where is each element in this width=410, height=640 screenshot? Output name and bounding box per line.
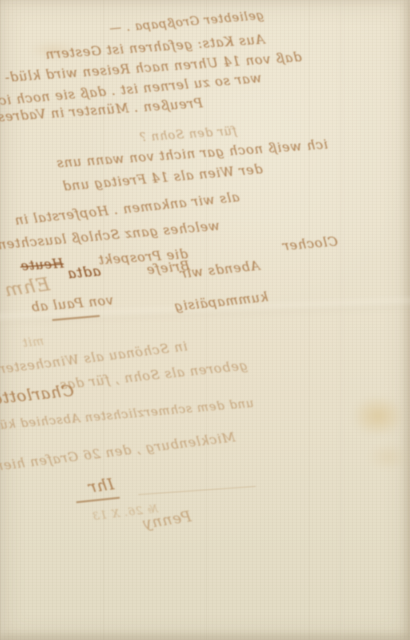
handwriting-line: mit [17,334,48,349]
handwriting-line: ich weiß noch gar nicht von wann uns [42,138,342,172]
handwriting-line: Abends wir [197,260,260,279]
handwriting-line: Penny [137,509,197,533]
handwriting-line: die Prospekt [108,248,189,267]
handwriting-line: Charlotte [11,383,74,405]
paper-stain [368,444,408,470]
handwriting-line: als wir ankamen . Hopferstal in [8,191,246,229]
paper-stain [30,42,76,58]
handwriting-line: № 26. X 13 [94,503,159,522]
handwriting-line: Micklenburg , den 26 Grafen hier [44,431,236,467]
handwriting-line: adta [57,264,110,282]
letter-page: geliebter Großpapa . —Aus Kats: gefahren… [0,0,410,640]
handwriting-line: war so zu lernen ist . daß sie noch ich [12,72,262,107]
paper-stain [352,396,404,436]
handwriting-line: in Schönau als Winchester [30,340,188,372]
handwriting-line: für den Sohn ? [130,124,247,144]
handwriting-line: Preußen . Münster in Vadrest — [8,97,203,124]
handwriting-line: geliebter Großpapa . — [148,9,265,31]
handwriting-line: Briefe [141,259,194,277]
handwriting-line: welches ganz Schloß lauschten [10,220,220,251]
handwriting-line: Ehm [7,275,51,300]
handwriting-line: daß von 14 Uhren nach Reisen wird klüd- [20,51,302,84]
vertical-chain-line [340,0,343,640]
underline-stroke [76,497,120,504]
pen-hairline [138,486,256,495]
handwriting-line: kummapäisig [158,289,285,315]
underline-stroke [52,315,100,321]
handwriting-line: und dem schmerzlichsten Abschied küssen [22,397,254,429]
handwriting-line: Aus Kats: gefahren ist Gestern [50,34,265,62]
handwriting-line: Ihr [83,476,119,497]
handwriting-line: der Wien als 14 Freitag und [40,161,285,195]
handwriting-line: Heute [20,257,65,273]
handwriting-line: Clocher [282,236,339,254]
handwriting-line: von Paul ab [25,294,120,315]
handwriting-line: geboren als Sohn , für das [106,360,249,388]
horizontal-crease [0,298,410,325]
